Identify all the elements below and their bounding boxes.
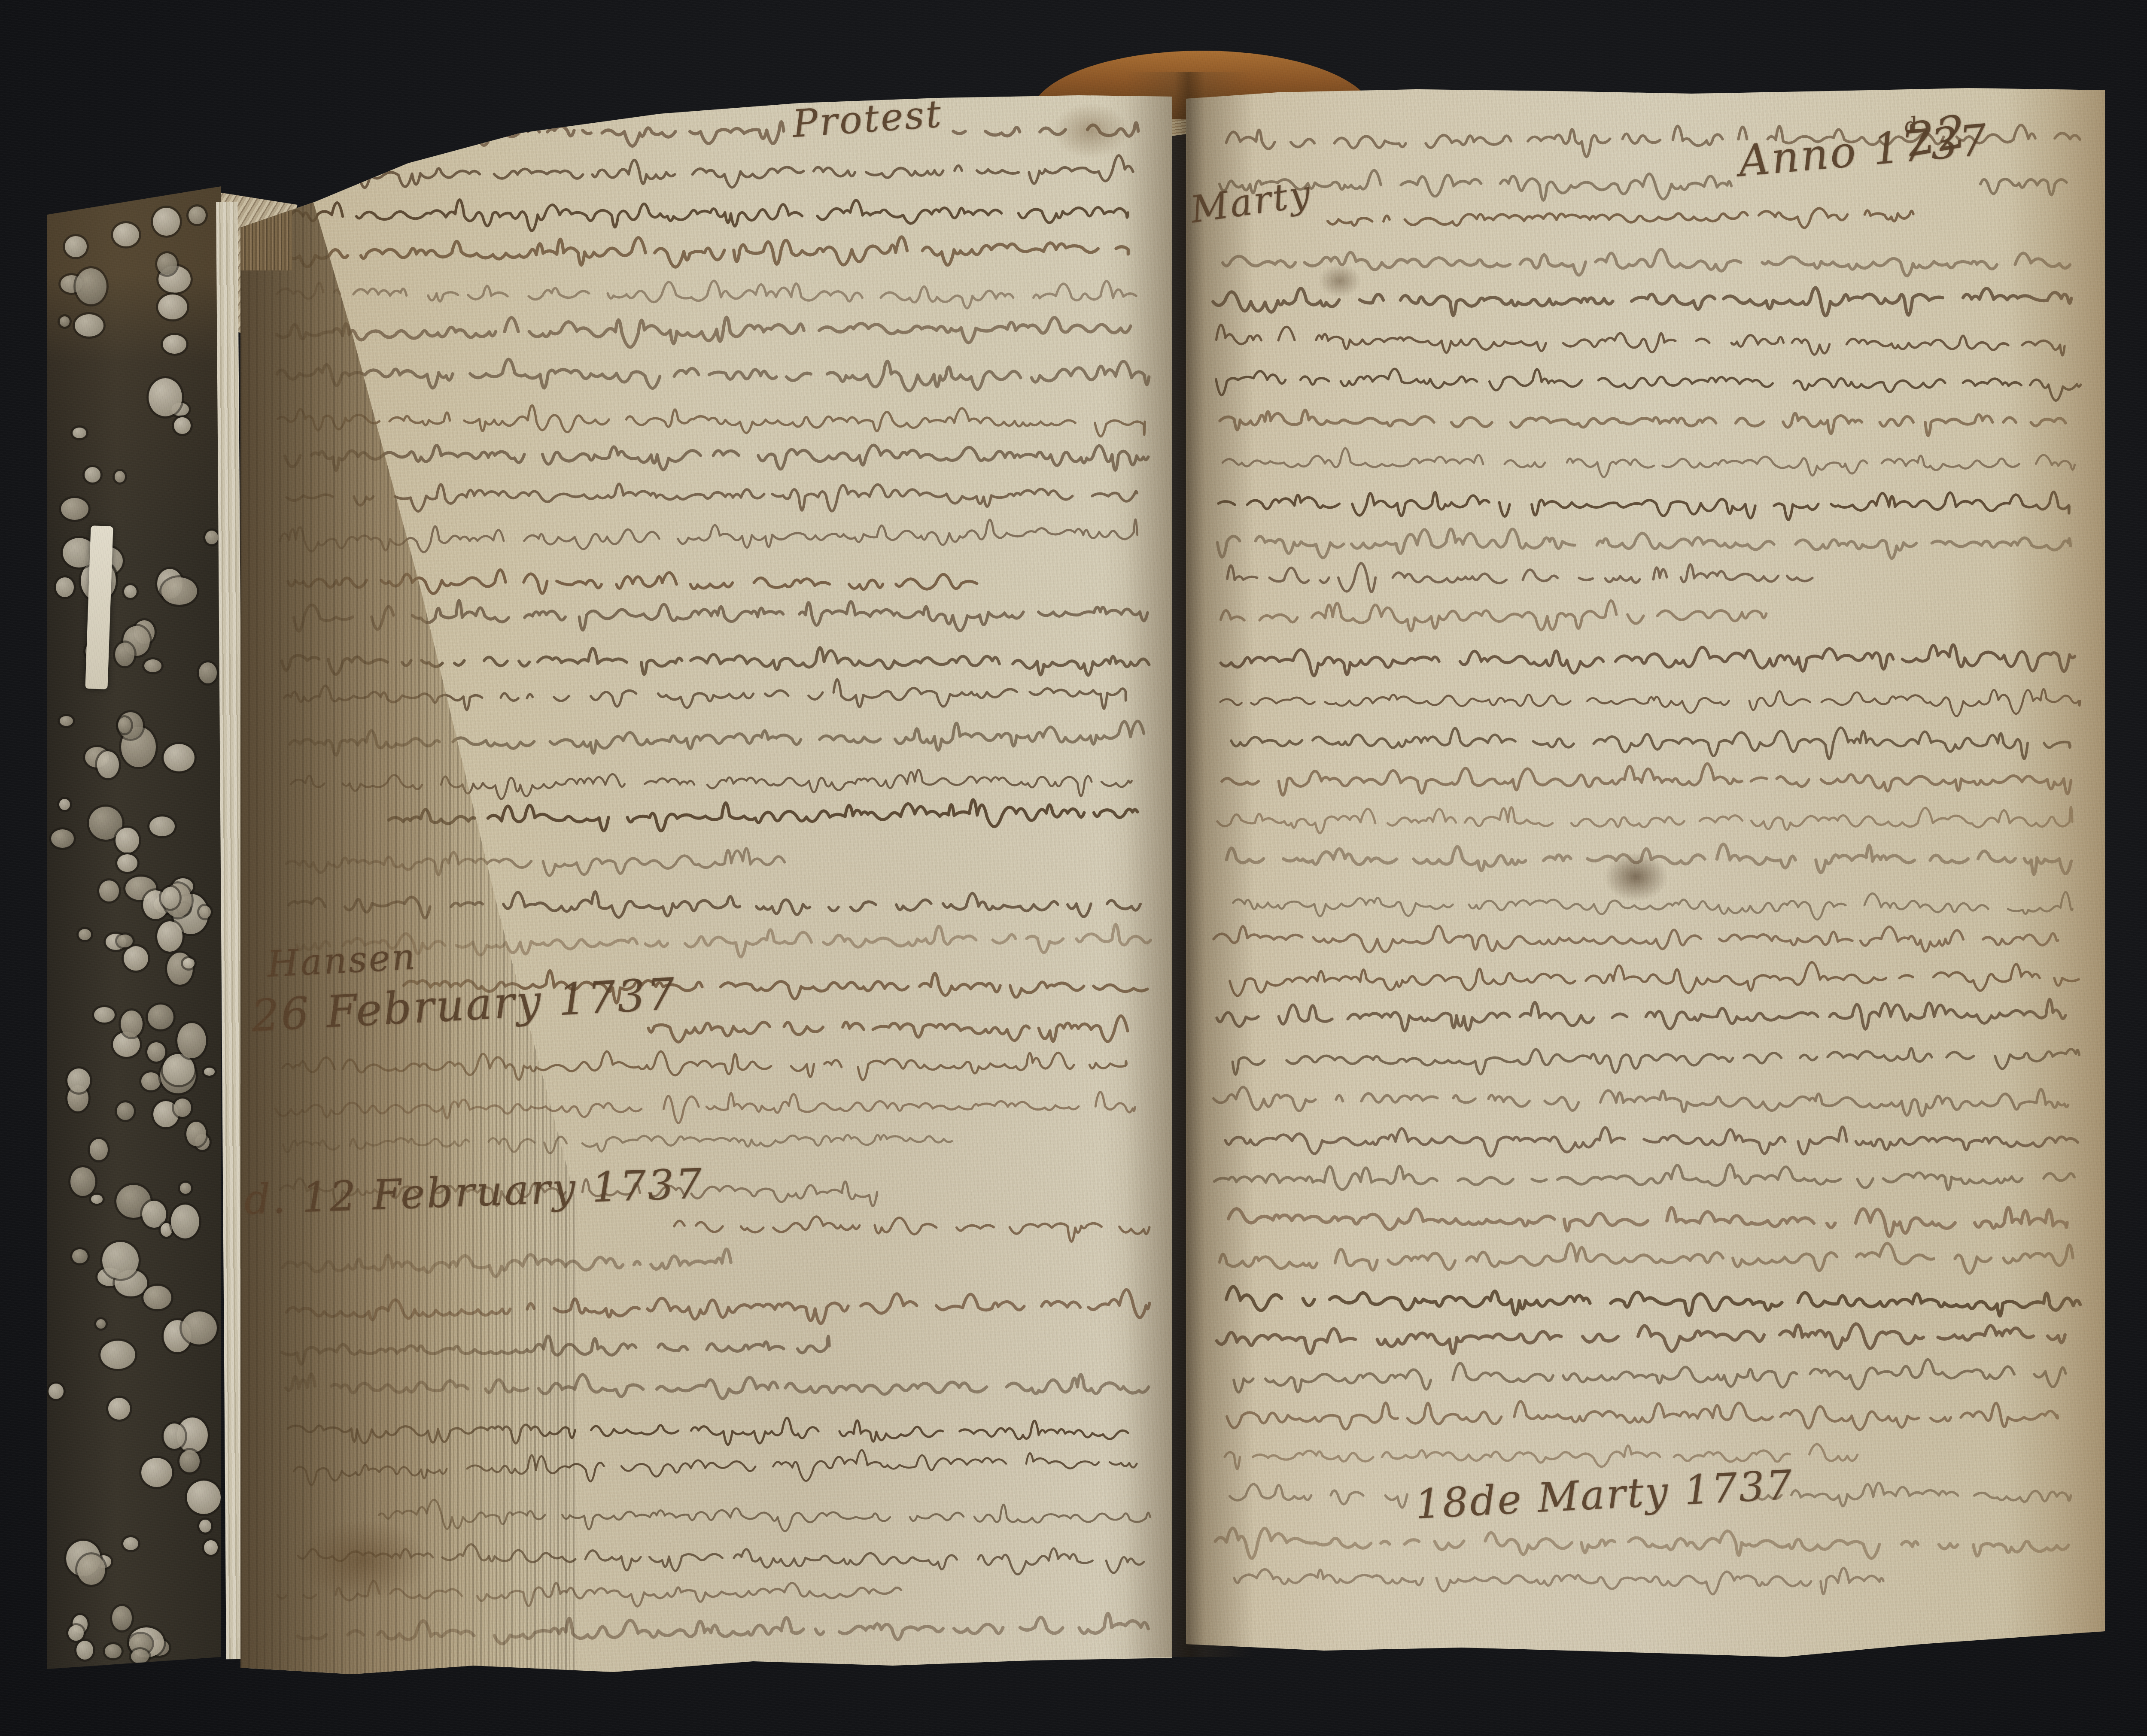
marble-stone xyxy=(153,208,180,236)
marble-stone xyxy=(163,335,186,354)
water-stain-right xyxy=(2010,77,2105,1666)
marble-stone xyxy=(99,880,119,901)
marble-stone xyxy=(118,717,131,733)
marble-stone xyxy=(70,1167,95,1196)
marble-stone xyxy=(199,662,217,683)
marble-stone xyxy=(149,816,175,836)
inscription-hansen: Hansen xyxy=(266,935,418,985)
marble-stone xyxy=(177,1023,206,1058)
marble-stone xyxy=(171,1205,199,1238)
marble-stone xyxy=(102,1242,139,1279)
marble-stone xyxy=(67,1068,90,1093)
marble-stone xyxy=(167,953,193,985)
marble-stone xyxy=(204,1540,218,1555)
marble-stone xyxy=(123,1537,138,1550)
marble-stone xyxy=(75,314,103,337)
marble-stone xyxy=(143,1286,171,1309)
marble-stone xyxy=(142,1201,166,1228)
marble-stone xyxy=(157,921,182,952)
marble-stone xyxy=(49,1384,64,1399)
marble-stone xyxy=(164,744,195,771)
marbled-endpaper xyxy=(47,185,221,1670)
marble-stone xyxy=(161,577,197,605)
marble-stone xyxy=(115,643,134,666)
marble-stone xyxy=(157,253,177,275)
marble-stone xyxy=(161,1223,172,1237)
marble-stone xyxy=(179,1450,200,1472)
marble-stone xyxy=(59,799,70,810)
marble-stone xyxy=(199,906,211,918)
marble-stone xyxy=(149,378,182,416)
marble-stone xyxy=(112,1606,132,1630)
marble-stone xyxy=(117,854,137,872)
marble-stone xyxy=(108,1398,130,1420)
marble-stone xyxy=(174,417,191,434)
marble-stone xyxy=(60,716,73,726)
gutter-shading xyxy=(1186,77,1255,1666)
marble-stone xyxy=(113,223,139,246)
marble-stone xyxy=(76,268,106,304)
marble-stone xyxy=(144,659,161,672)
marble-stone xyxy=(199,1520,211,1533)
left-page xyxy=(240,77,1172,1678)
marble-stone xyxy=(124,585,137,598)
marble-stone xyxy=(73,428,86,438)
marble-stone xyxy=(174,1099,191,1117)
marble-stone xyxy=(131,1649,149,1663)
marble-stone xyxy=(158,294,187,319)
marble-stone xyxy=(187,1481,221,1514)
marble-stone xyxy=(117,1102,134,1120)
gutter-shading xyxy=(1104,77,1172,1678)
marble-stone xyxy=(117,935,133,947)
marble-stone xyxy=(182,1311,217,1344)
marble-stone xyxy=(161,887,179,909)
marble-stone xyxy=(163,1054,195,1085)
marble-stone xyxy=(147,1042,165,1062)
marble-stone xyxy=(204,1068,215,1076)
marble-stone xyxy=(141,1458,172,1487)
marble-stone xyxy=(85,467,100,483)
marble-stone xyxy=(97,751,119,778)
marble-stone xyxy=(56,577,74,597)
marble-stone xyxy=(68,1625,84,1641)
marble-stone xyxy=(90,1139,108,1160)
marble-stone xyxy=(115,471,125,483)
marble-stone xyxy=(164,1423,185,1449)
marble-stone xyxy=(186,1122,206,1146)
marble-stone xyxy=(141,1072,161,1090)
marble-stone xyxy=(96,1319,106,1329)
marble-stone xyxy=(105,1644,122,1658)
marble-stone xyxy=(77,1554,105,1585)
marble-stone xyxy=(65,236,87,257)
marble-stone xyxy=(51,829,74,848)
archival-photo: Protest Hansen 26 February 1737 d. 12 Fe… xyxy=(0,0,2147,1736)
marble-stone xyxy=(91,1195,103,1204)
marble-stone xyxy=(148,1005,173,1029)
marble-stone xyxy=(76,1641,93,1660)
right-page xyxy=(1186,77,2105,1666)
marble-stone xyxy=(183,958,195,968)
marble-stone xyxy=(121,1011,143,1037)
stained-page-edge xyxy=(240,77,292,270)
marble-stone xyxy=(124,946,148,971)
marble-stone xyxy=(61,498,88,520)
marble-stone xyxy=(116,828,139,853)
marble-stone xyxy=(72,1249,88,1263)
marble-stone xyxy=(180,1183,191,1194)
marble-stone xyxy=(189,206,206,224)
marble-stone xyxy=(60,316,70,327)
marble-stone xyxy=(94,1007,115,1023)
marble-stone xyxy=(100,1341,135,1369)
marble-stone xyxy=(205,531,218,544)
handwriting-right-page xyxy=(1186,77,2105,1666)
marble-stone xyxy=(79,929,91,940)
